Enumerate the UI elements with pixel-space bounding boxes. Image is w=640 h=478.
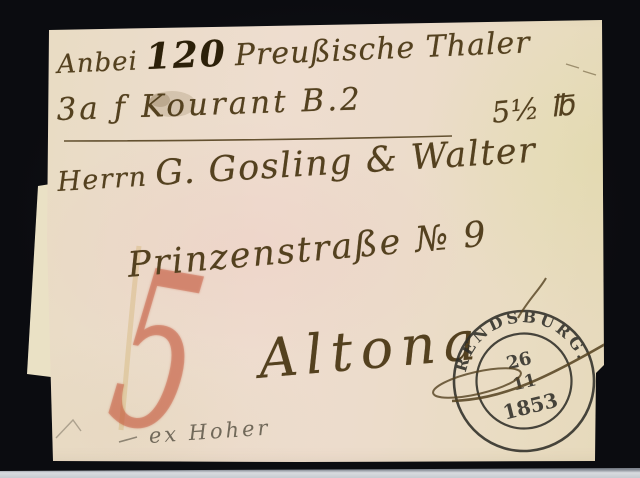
- ink-dashes: [566, 64, 596, 75]
- recipient-name: G. Gosling & Walter: [154, 131, 537, 194]
- weight-note: 5½ ℔: [490, 87, 577, 130]
- address-recipient: HerrnG. Gosling & Walter: [56, 131, 537, 200]
- table-edge: [0, 468, 640, 478]
- postmark-date: 26 11 1853: [489, 344, 560, 424]
- letter-sheet: 5 Anbei120Preußische Thaler 3a ƒ Kourant…: [0, 0, 640, 478]
- docket-line-1: Anbei120Preußische Thaler: [56, 19, 531, 82]
- postmark-month: 11: [511, 370, 539, 395]
- pencil-tick: [56, 420, 81, 438]
- docket-amount: 120: [145, 33, 228, 79]
- address-prefix: Herrn: [56, 161, 148, 197]
- address-street: Prinzenstraße № 9: [126, 215, 489, 286]
- docket-word-anbei: Anbei: [56, 46, 138, 79]
- rendsburg-postmark: RENDSBURG. 26 11 1853: [446, 303, 602, 459]
- postmark-day: 26: [504, 348, 533, 374]
- photo-of-1853-folded-letter: 5 Anbei120Preußische Thaler 3a ƒ Kourant…: [0, 0, 640, 478]
- docket-currency: Preußische Thaler: [234, 25, 531, 73]
- docket-line-2: 3a ƒ Kourant B.2: [56, 81, 363, 128]
